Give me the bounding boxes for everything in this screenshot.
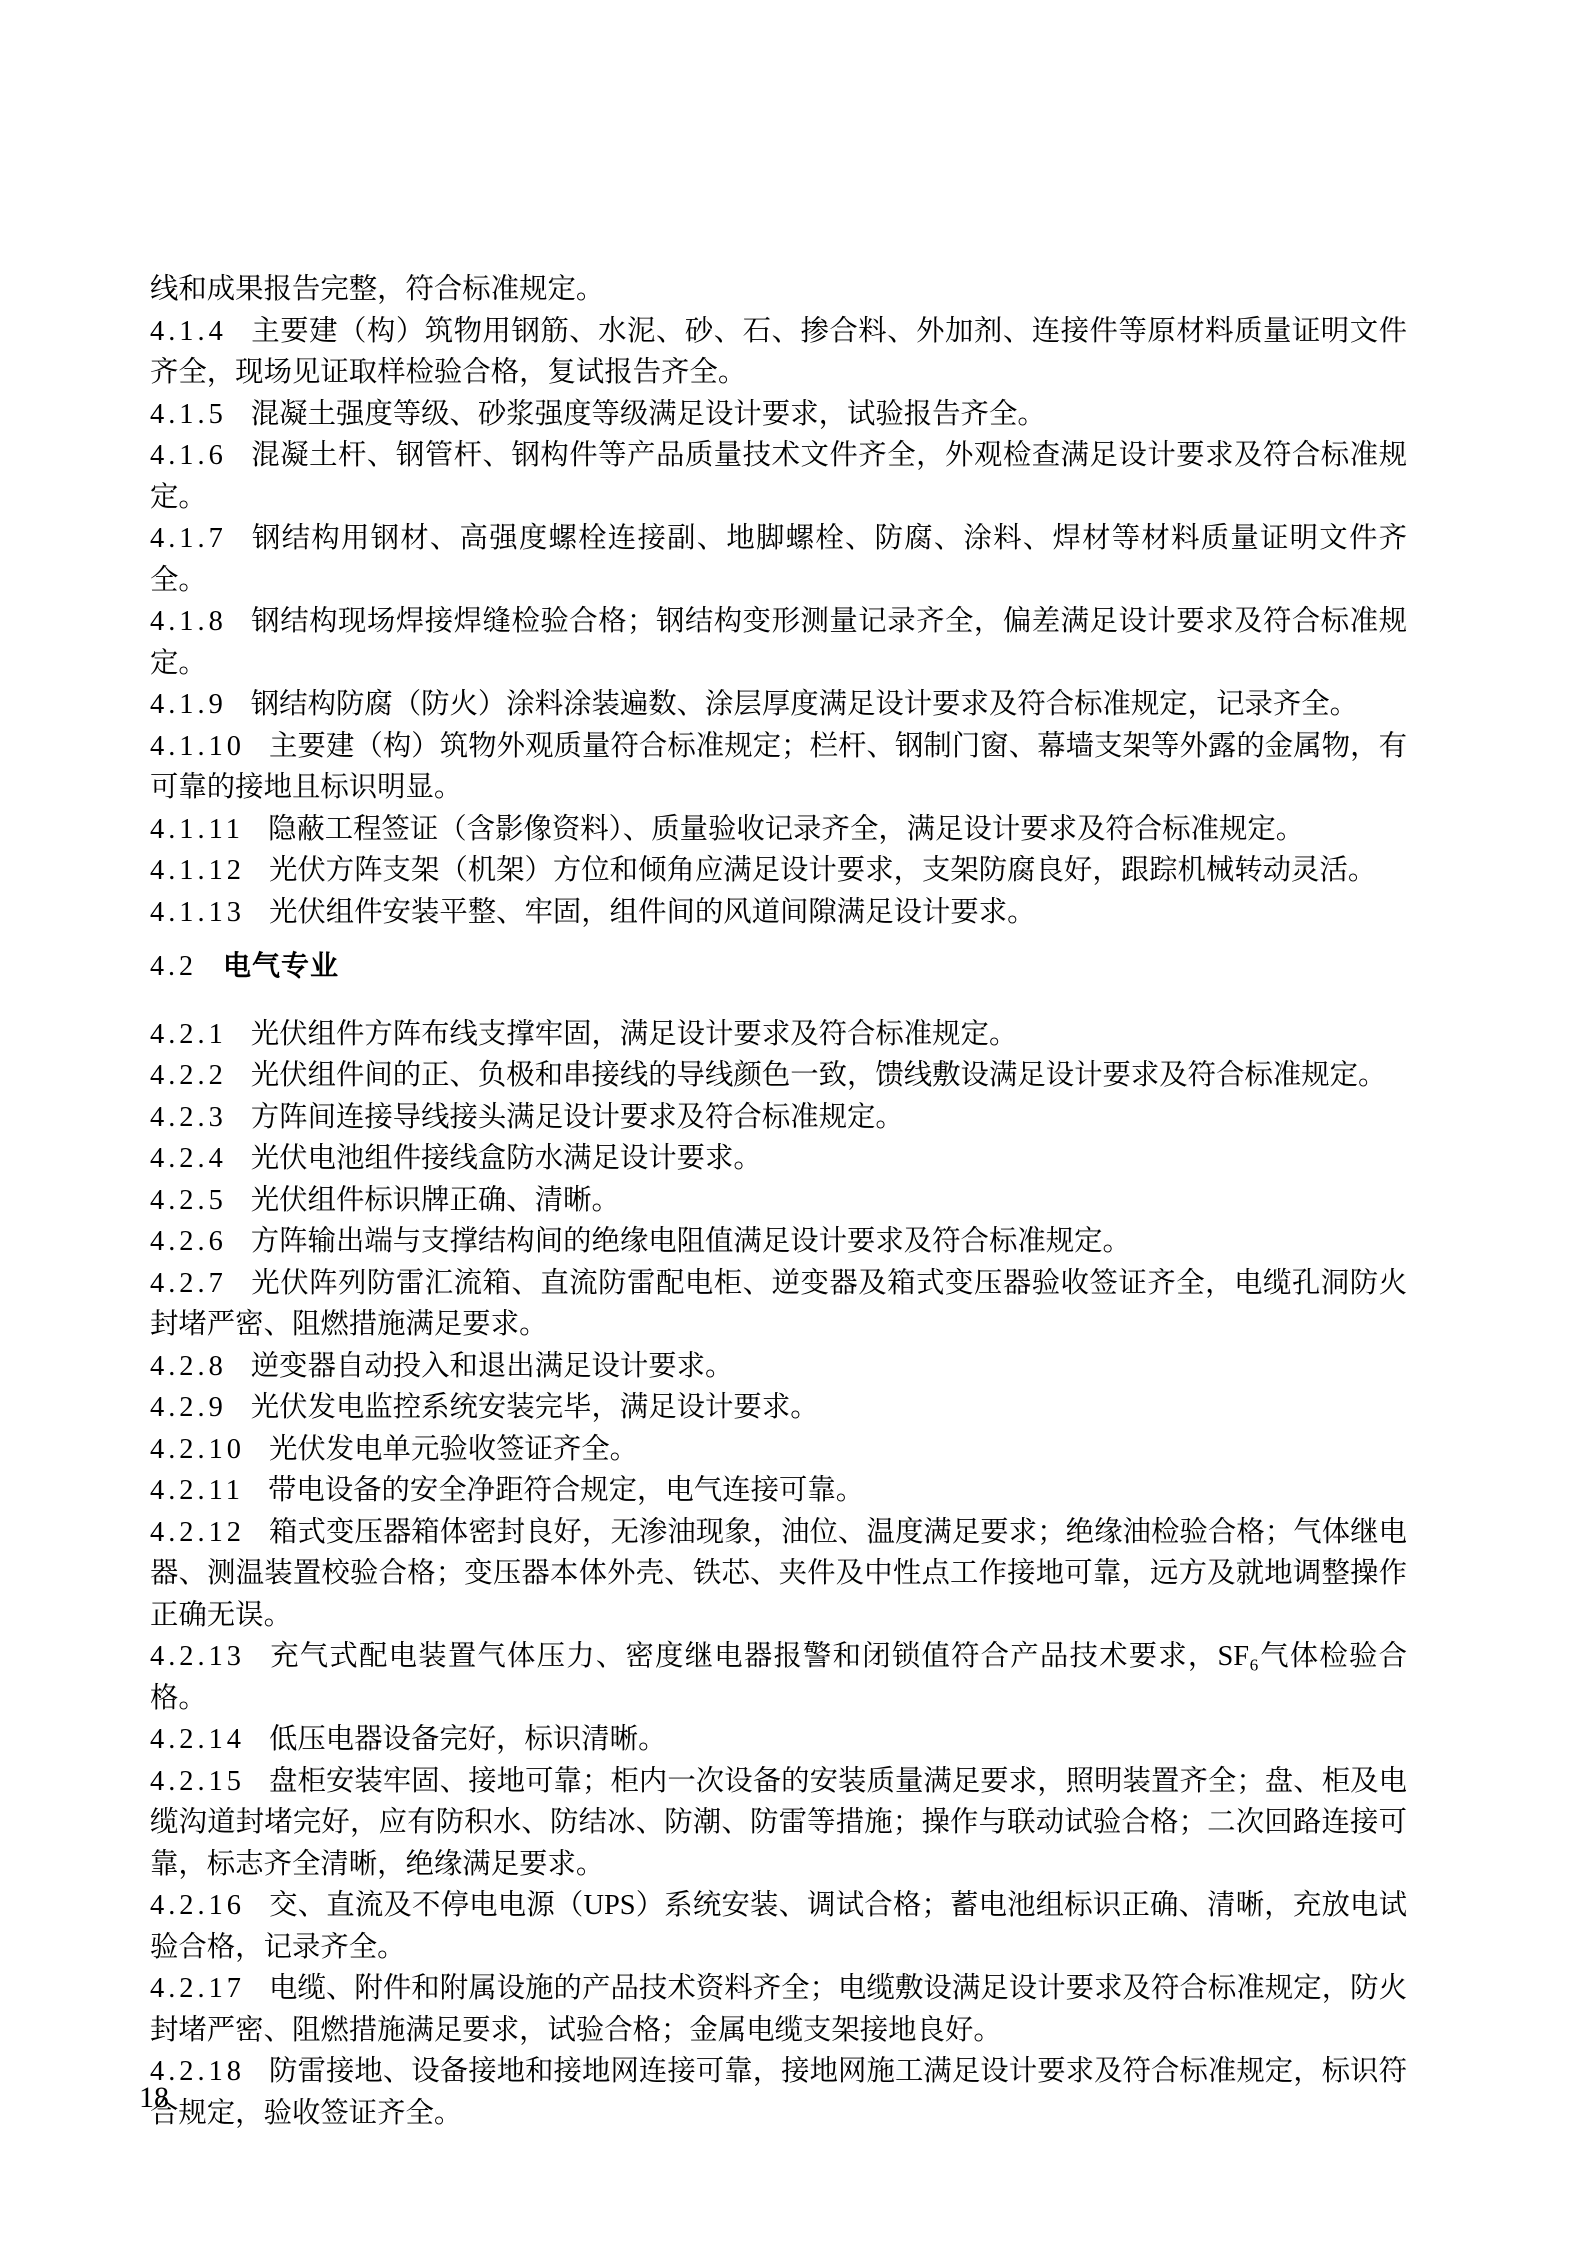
clause-number: 4.2.16	[150, 1890, 245, 1921]
clause-text: 光伏发电单元验收签证齐全。	[269, 1434, 638, 1465]
clause-paragraph: 4.2.5光伏组件标识牌正确、清晰。	[150, 1180, 1407, 1222]
clause-paragraph: 4.2.10光伏发电单元验收签证齐全。	[150, 1429, 1407, 1471]
clause-paragraph: 4.2.17电缆、附件和附属设施的产品技术资料齐全；电缆敷设满足设计要求及符合标…	[150, 1968, 1407, 2051]
clause-text: 光伏组件标识牌正确、清晰。	[251, 1185, 620, 1216]
page-number: 18	[139, 2080, 169, 2116]
clause-text: 主要建（构）筑物外观质量符合标准规定；栏杆、钢制门窗、幕墙支架等外露的金属物，有…	[150, 731, 1407, 804]
clause-number: 4.2.8	[150, 1351, 227, 1382]
clause-number: 4.2.7	[150, 1268, 227, 1299]
clause-paragraph: 4.1.11隐蔽工程签证（含影像资料）、质量验收记录齐全，满足设计要求及符合标准…	[150, 809, 1407, 851]
clause-number: 4.2.17	[150, 1973, 245, 2004]
clause-text: 充气式配电装置气体压力、密度继电器报警和闭锁值符合产品技术要求，SF₆气体检验合…	[150, 1641, 1407, 1714]
clause-text: 隐蔽工程签证（含影像资料）、质量验收记录齐全，满足设计要求及符合标准规定。	[268, 814, 1304, 845]
document-content: 线和成果报告完整，符合标准规定。4.1.4主要建（构）筑物用钢筋、水泥、砂、石、…	[150, 269, 1407, 2134]
clause-text: 带电设备的安全净距符合规定，电气连接可靠。	[268, 1475, 864, 1506]
clause-number: 4.1.7	[150, 523, 227, 554]
clause-text: 方阵输出端与支撑结构间的绝缘电阻值满足设计要求及符合标准规定。	[251, 1226, 1131, 1257]
clause-number: 4.2.15	[150, 1766, 245, 1797]
clause-number: 4.1.10	[150, 731, 245, 762]
clause-paragraph: 4.2.18防雷接地、设备接地和接地网连接可靠，接地网施工满足设计要求及符合标准…	[150, 2051, 1407, 2134]
clause-paragraph: 4.2.1光伏组件方阵布线支撑牢固，满足设计要求及符合标准规定。	[150, 1014, 1407, 1056]
clause-number: 4.1.8	[150, 606, 227, 637]
clause-text: 光伏方阵支架（机架）方位和倾角应满足设计要求，支架防腐良好，跟踪机械转动灵活。	[269, 855, 1376, 886]
clause-paragraph: 4.1.12光伏方阵支架（机架）方位和倾角应满足设计要求，支架防腐良好，跟踪机械…	[150, 850, 1407, 892]
clause-paragraph: 4.2.9光伏发电监控系统安装完毕，满足设计要求。	[150, 1387, 1407, 1429]
clause-paragraph: 4.2.3方阵间连接导线接头满足设计要求及符合标准规定。	[150, 1097, 1407, 1139]
clause-number: 4.2.13	[150, 1641, 245, 1672]
clause-text: 方阵间连接导线接头满足设计要求及符合标准规定。	[251, 1102, 904, 1133]
clause-paragraph: 4.2.2光伏组件间的正、负极和串接线的导线颜色一致，馈线敷设满足设计要求及符合…	[150, 1055, 1407, 1097]
clause-number: 4.2.4	[150, 1143, 227, 1174]
clause-number: 4.2.10	[150, 1434, 245, 1465]
clause-paragraph: 4.2.4光伏电池组件接线盒防水满足设计要求。	[150, 1138, 1407, 1180]
clause-paragraph: 4.2.7光伏阵列防雷汇流箱、直流防雷配电柜、逆变器及箱式变压器验收签证齐全，电…	[150, 1263, 1407, 1346]
clause-paragraph: 4.1.7钢结构用钢材、高强度螺栓连接副、地脚螺栓、防腐、涂料、焊材等材料质量证…	[150, 518, 1407, 601]
clause-text: 电缆、附件和附属设施的产品技术资料齐全；电缆敷设满足设计要求及符合标准规定，防火…	[150, 1973, 1407, 2046]
clause-number: 4.2.11	[150, 1475, 244, 1506]
clause-text: 钢结构防腐（防火）涂料涂装遍数、涂层厚度满足设计要求及符合标准规定，记录齐全。	[251, 689, 1358, 720]
clause-text: 光伏组件方阵布线支撑牢固，满足设计要求及符合标准规定。	[251, 1019, 1018, 1050]
clause-text: 主要建（构）筑物用钢筋、水泥、砂、石、掺合料、外加剂、连接件等原材料质量证明文件…	[150, 316, 1407, 389]
clause-text: 光伏发电监控系统安装完毕，满足设计要求。	[251, 1392, 819, 1423]
continuation-paragraph: 线和成果报告完整，符合标准规定。	[150, 269, 1407, 311]
clause-number: 4.2.5	[150, 1185, 227, 1216]
clause-number: 4.1.11	[150, 814, 244, 845]
clause-text: 低压电器设备完好，标识清晰。	[269, 1724, 666, 1755]
clause-number: 4.2.9	[150, 1392, 227, 1423]
clause-text: 混凝土强度等级、砂浆强度等级满足设计要求，试验报告齐全。	[251, 399, 1046, 430]
clause-paragraph: 4.1.4主要建（构）筑物用钢筋、水泥、砂、石、掺合料、外加剂、连接件等原材料质…	[150, 311, 1407, 394]
clause-text: 光伏组件间的正、负极和串接线的导线颜色一致，馈线敷设满足设计要求及符合标准规定。	[251, 1060, 1387, 1091]
clause-text: 钢结构现场焊接焊缝检验合格；钢结构变形测量记录齐全，偏差满足设计要求及符合标准规…	[150, 606, 1407, 679]
clause-paragraph: 4.2.11带电设备的安全净距符合规定，电气连接可靠。	[150, 1470, 1407, 1512]
clause-text: 混凝土杆、钢管杆、钢构件等产品质量技术文件齐全，外观检查满足设计要求及符合标准规…	[150, 440, 1407, 513]
clause-paragraph: 4.2.8逆变器自动投入和退出满足设计要求。	[150, 1346, 1407, 1388]
paragraph-text: 线和成果报告完整，符合标准规定。	[150, 274, 604, 305]
clause-text: 箱式变压器箱体密封良好，无渗油现象，油位、温度满足要求；绝缘油检验合格；气体继电…	[150, 1517, 1407, 1631]
clause-paragraph: 4.2.15盘柜安装牢固、接地可靠；柜内一次设备的安装质量满足要求，照明装置齐全…	[150, 1761, 1407, 1886]
clause-paragraph: 4.2.12箱式变压器箱体密封良好，无渗油现象，油位、温度满足要求；绝缘油检验合…	[150, 1512, 1407, 1637]
clause-paragraph: 4.1.10主要建（构）筑物外观质量符合标准规定；栏杆、钢制门窗、幕墙支架等外露…	[150, 726, 1407, 809]
clause-text: 光伏阵列防雷汇流箱、直流防雷配电柜、逆变器及箱式变压器验收签证齐全，电缆孔洞防火…	[150, 1268, 1407, 1341]
clause-text: 光伏组件安装平整、牢固，组件间的风道间隙满足设计要求。	[269, 897, 1036, 928]
clause-text: 光伏电池组件接线盒防水满足设计要求。	[251, 1143, 762, 1174]
clause-number: 4.2.1	[150, 1019, 227, 1050]
clause-text: 防雷接地、设备接地和接地网连接可靠，接地网施工满足设计要求及符合标准规定，标识符…	[150, 2056, 1407, 2129]
clause-number: 4.1.13	[150, 897, 245, 928]
clause-number: 4.1.4	[150, 316, 227, 347]
section-heading: 4.2电气专业	[150, 945, 1407, 988]
clause-number: 4.2.6	[150, 1226, 227, 1257]
clause-text: 钢结构用钢材、高强度螺栓连接副、地脚螺栓、防腐、涂料、焊材等材料质量证明文件齐全…	[150, 523, 1407, 596]
clause-paragraph: 4.1.8钢结构现场焊接焊缝检验合格；钢结构变形测量记录齐全，偏差满足设计要求及…	[150, 601, 1407, 684]
clause-paragraph: 4.1.5混凝土强度等级、砂浆强度等级满足设计要求，试验报告齐全。	[150, 394, 1407, 436]
clause-paragraph: 4.2.6方阵输出端与支撑结构间的绝缘电阻值满足设计要求及符合标准规定。	[150, 1221, 1407, 1263]
clause-paragraph: 4.1.6混凝土杆、钢管杆、钢构件等产品质量技术文件齐全，外观检查满足设计要求及…	[150, 435, 1407, 518]
clause-number: 4.2.14	[150, 1724, 245, 1755]
section-number: 4.2	[150, 951, 197, 982]
clause-paragraph: 4.1.13光伏组件安装平整、牢固，组件间的风道间隙满足设计要求。	[150, 892, 1407, 934]
clause-number: 4.2.3	[150, 1102, 227, 1133]
clause-text: 逆变器自动投入和退出满足设计要求。	[251, 1351, 734, 1382]
clause-number: 4.1.6	[150, 440, 227, 471]
clause-paragraph: 4.2.14低压电器设备完好，标识清晰。	[150, 1719, 1407, 1761]
clause-number: 4.2.12	[150, 1517, 245, 1548]
section-title: 电气专业	[223, 949, 339, 982]
clause-text: 交、直流及不停电电源（UPS）系统安装、调试合格；蓄电池组标识正确、清晰，充放电…	[150, 1890, 1407, 1963]
document-page: 线和成果报告完整，符合标准规定。4.1.4主要建（构）筑物用钢筋、水泥、砂、石、…	[0, 0, 1587, 2245]
clause-number: 4.2.2	[150, 1060, 227, 1091]
clause-paragraph: 4.2.13充气式配电装置气体压力、密度继电器报警和闭锁值符合产品技术要求，SF…	[150, 1636, 1407, 1719]
clause-text: 盘柜安装牢固、接地可靠；柜内一次设备的安装质量满足要求，照明装置齐全；盘、柜及电…	[150, 1766, 1407, 1880]
clause-number: 4.1.12	[150, 855, 245, 886]
clause-number: 4.1.9	[150, 689, 227, 720]
clause-number: 4.1.5	[150, 399, 227, 430]
clause-paragraph: 4.1.9钢结构防腐（防火）涂料涂装遍数、涂层厚度满足设计要求及符合标准规定，记…	[150, 684, 1407, 726]
clause-paragraph: 4.2.16交、直流及不停电电源（UPS）系统安装、调试合格；蓄电池组标识正确、…	[150, 1885, 1407, 1968]
